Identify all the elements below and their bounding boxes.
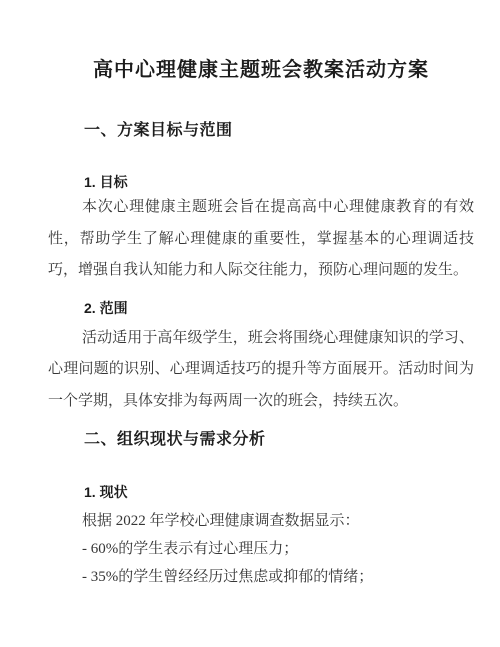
status-intro-line: 根据 2022 年学校心理健康调查数据显示：: [48, 507, 474, 535]
paragraph-goal: 本次心理健康主题班会旨在提高高中心理健康教育的有效性，帮助学生了解心理健康的重要…: [48, 192, 474, 287]
paragraph-scope: 活动适用于高年级学生，班会将围绕心理健康知识的学习、心理问题的识别、心理调适技巧…: [48, 323, 474, 418]
document-title: 高中心理健康主题班会教案活动方案: [48, 57, 474, 83]
section-2-heading: 二、组织现状与需求分析: [48, 429, 474, 451]
subheading-status: 1. 现状: [48, 483, 474, 502]
subheading-goal: 1. 目标: [48, 173, 474, 192]
status-item-stress: - 60%的学生表示有过心理压力；: [48, 535, 474, 563]
section-1-heading: 一、方案目标与范围: [48, 120, 474, 142]
subheading-scope: 2. 范围: [48, 299, 474, 318]
document-page: 高中心理健康主题班会教案活动方案 一、方案目标与范围 1. 目标 本次心理健康主…: [0, 0, 500, 647]
status-item-anxiety: - 35%的学生曾经经历过焦虑或抑郁的情绪；: [48, 563, 474, 591]
